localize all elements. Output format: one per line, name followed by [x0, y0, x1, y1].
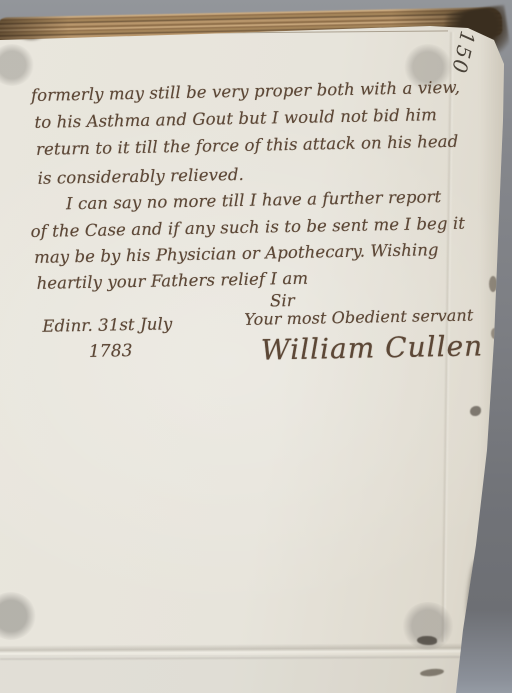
- manuscript-photo: 150 formerly may still be very proper bo…: [0, 0, 512, 693]
- dateline-place: Edinr. 31st July: [42, 314, 172, 335]
- letter-line: I can say no more till I have a further …: [66, 187, 442, 213]
- letter-line: to his Asthma and Gout but I would not b…: [34, 105, 437, 132]
- letter-line: may be by his Physician or Apothecary. W…: [34, 240, 439, 267]
- valediction: Your most Obedient servant: [244, 306, 473, 329]
- letter-line: formerly may still be very proper both w…: [31, 78, 460, 105]
- signature: William Cullen: [261, 329, 484, 366]
- letter-line: return to it till the force of this atta…: [36, 132, 459, 159]
- salutation: Sir: [270, 291, 295, 310]
- letter-line: heartily your Fathers relief I am: [36, 269, 308, 293]
- dateline-year: 1783: [89, 341, 133, 362]
- letter-line: of the Case and if any such is to be sen…: [30, 214, 465, 241]
- letter-page: 150 formerly may still be very proper bo…: [0, 0, 512, 693]
- letter-line: is considerably relieved.: [37, 165, 244, 188]
- handwritten-text: formerly may still be very proper both w…: [0, 0, 512, 693]
